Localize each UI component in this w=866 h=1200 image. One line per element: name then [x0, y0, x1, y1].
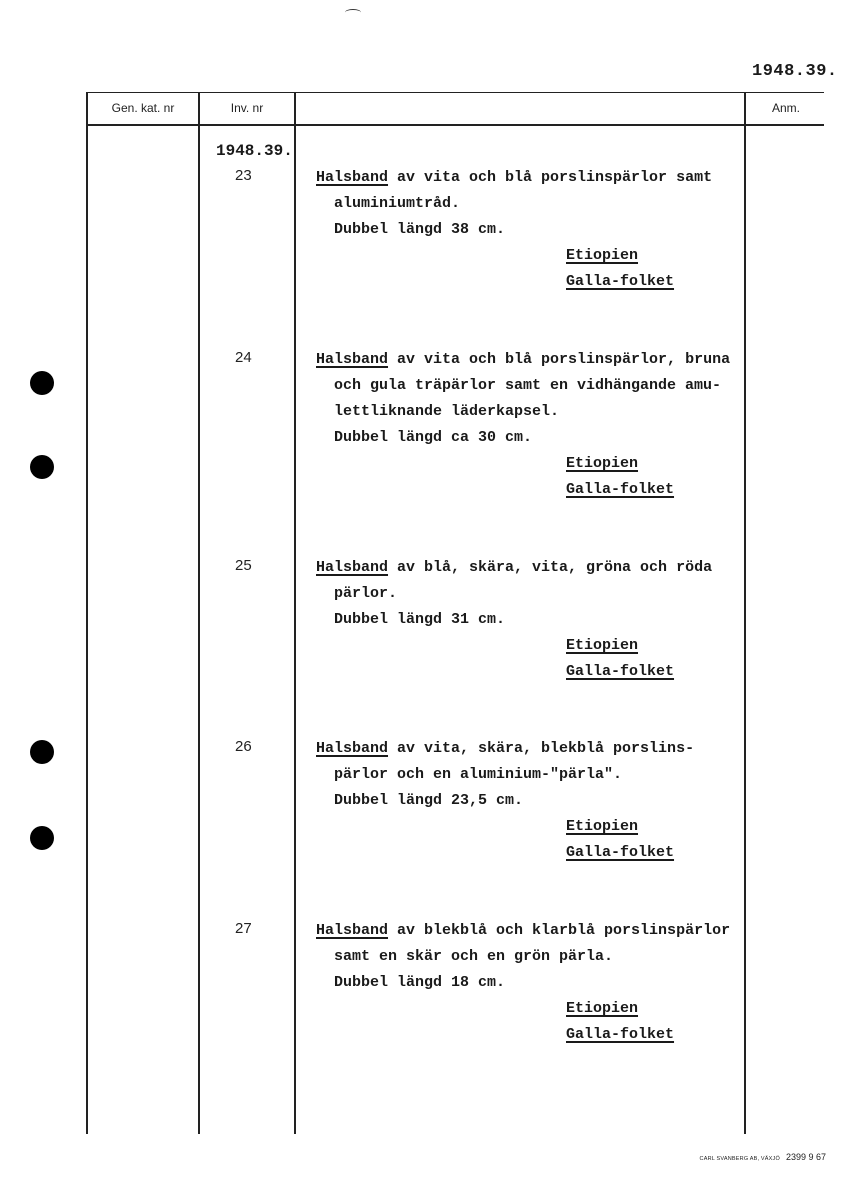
- scan-mark: [345, 9, 361, 16]
- country: Etiopien: [566, 637, 638, 654]
- object-keyword: Halsband: [316, 169, 388, 186]
- binder-hole-icon: [30, 371, 54, 395]
- form-code: 2399 9 67: [786, 1152, 826, 1162]
- column-header-anm: Anm.: [746, 101, 826, 115]
- inventory-number: 24: [235, 349, 252, 366]
- inventory-number: 27: [235, 920, 252, 937]
- object-keyword: Halsband: [316, 922, 388, 939]
- description-line: pärlor.: [316, 581, 397, 607]
- column-header-gen-kat-nr: Gen. kat. nr: [88, 101, 198, 115]
- object-keyword: Halsband: [316, 351, 388, 368]
- entry-description: Halsband av blekblå och klarblå porslins…: [316, 918, 730, 996]
- object-keyword: Halsband: [316, 559, 388, 576]
- provenance: Etiopien Galla-folket: [566, 996, 674, 1048]
- people: Galla-folket: [566, 844, 674, 861]
- description-line: av vita, skära, blekblå porslins-: [388, 740, 694, 757]
- reference-number: 1948.39.: [752, 62, 838, 81]
- column-rule-inv-desc: [294, 92, 296, 1134]
- entry-description: Halsband av blå, skära, vita, gröna och …: [316, 555, 712, 633]
- country: Etiopien: [566, 818, 638, 835]
- dimension-text: Dubbel längd ca 30 cm.: [316, 425, 532, 451]
- description-line: av vita och blå porslinspärlor samt: [388, 169, 712, 186]
- description-line: samt en skär och en grön pärla.: [316, 944, 613, 970]
- provenance: Etiopien Galla-folket: [566, 814, 674, 866]
- description-line: pärlor och en aluminium-"pärla".: [316, 762, 622, 788]
- binder-hole-icon: [30, 826, 54, 850]
- provenance: Etiopien Galla-folket: [566, 451, 674, 503]
- description-line: av blå, skära, vita, gröna och röda: [388, 559, 712, 576]
- description-line: lettliknande läderkapsel.: [316, 399, 559, 425]
- inventory-prefix: 1948.39.: [216, 142, 293, 160]
- printer-name: CARL SVANBERG AB, VÄXJÖ: [700, 1156, 780, 1162]
- entry-description: Halsband av vita och blå porslinspärlor,…: [316, 347, 730, 451]
- inventory-number: 26: [235, 738, 252, 755]
- people: Galla-folket: [566, 273, 674, 290]
- binder-hole-icon: [30, 740, 54, 764]
- column-rule-left: [86, 92, 88, 1134]
- people: Galla-folket: [566, 1026, 674, 1043]
- printer-imprint: CARL SVANBERG AB, VÄXJÖ2399 9 67: [700, 1152, 826, 1162]
- inventory-number: 23: [235, 167, 252, 184]
- description-line: aluminiumtråd.: [316, 191, 460, 217]
- column-rule-gen-inv: [198, 92, 200, 1134]
- binder-hole-icon: [30, 455, 54, 479]
- header-bottom-rule: [86, 124, 824, 126]
- description-line: av blekblå och klarblå porslinspärlor: [388, 922, 730, 939]
- header-top-rule: [86, 92, 824, 93]
- inventory-number: 25: [235, 557, 252, 574]
- country: Etiopien: [566, 455, 638, 472]
- description-line: av vita och blå porslinspärlor, bruna: [388, 351, 730, 368]
- object-keyword: Halsband: [316, 740, 388, 757]
- description-line: och gula träpärlor samt en vidhängande a…: [316, 373, 721, 399]
- provenance: Etiopien Galla-folket: [566, 243, 674, 295]
- dimension-text: Dubbel längd 31 cm.: [316, 607, 505, 633]
- entry-description: Halsband av vita, skära, blekblå porslin…: [316, 736, 694, 814]
- people: Galla-folket: [566, 481, 674, 498]
- dimension-text: Dubbel längd 18 cm.: [316, 970, 505, 996]
- country: Etiopien: [566, 247, 638, 264]
- people: Galla-folket: [566, 663, 674, 680]
- country: Etiopien: [566, 1000, 638, 1017]
- provenance: Etiopien Galla-folket: [566, 633, 674, 685]
- dimension-text: Dubbel längd 23,5 cm.: [316, 788, 523, 814]
- entry-description: Halsband av vita och blå porslinspärlor …: [316, 165, 712, 243]
- column-header-inv-nr: Inv. nr: [200, 101, 294, 115]
- column-rule-desc-anm: [744, 92, 746, 1134]
- dimension-text: Dubbel längd 38 cm.: [316, 217, 505, 243]
